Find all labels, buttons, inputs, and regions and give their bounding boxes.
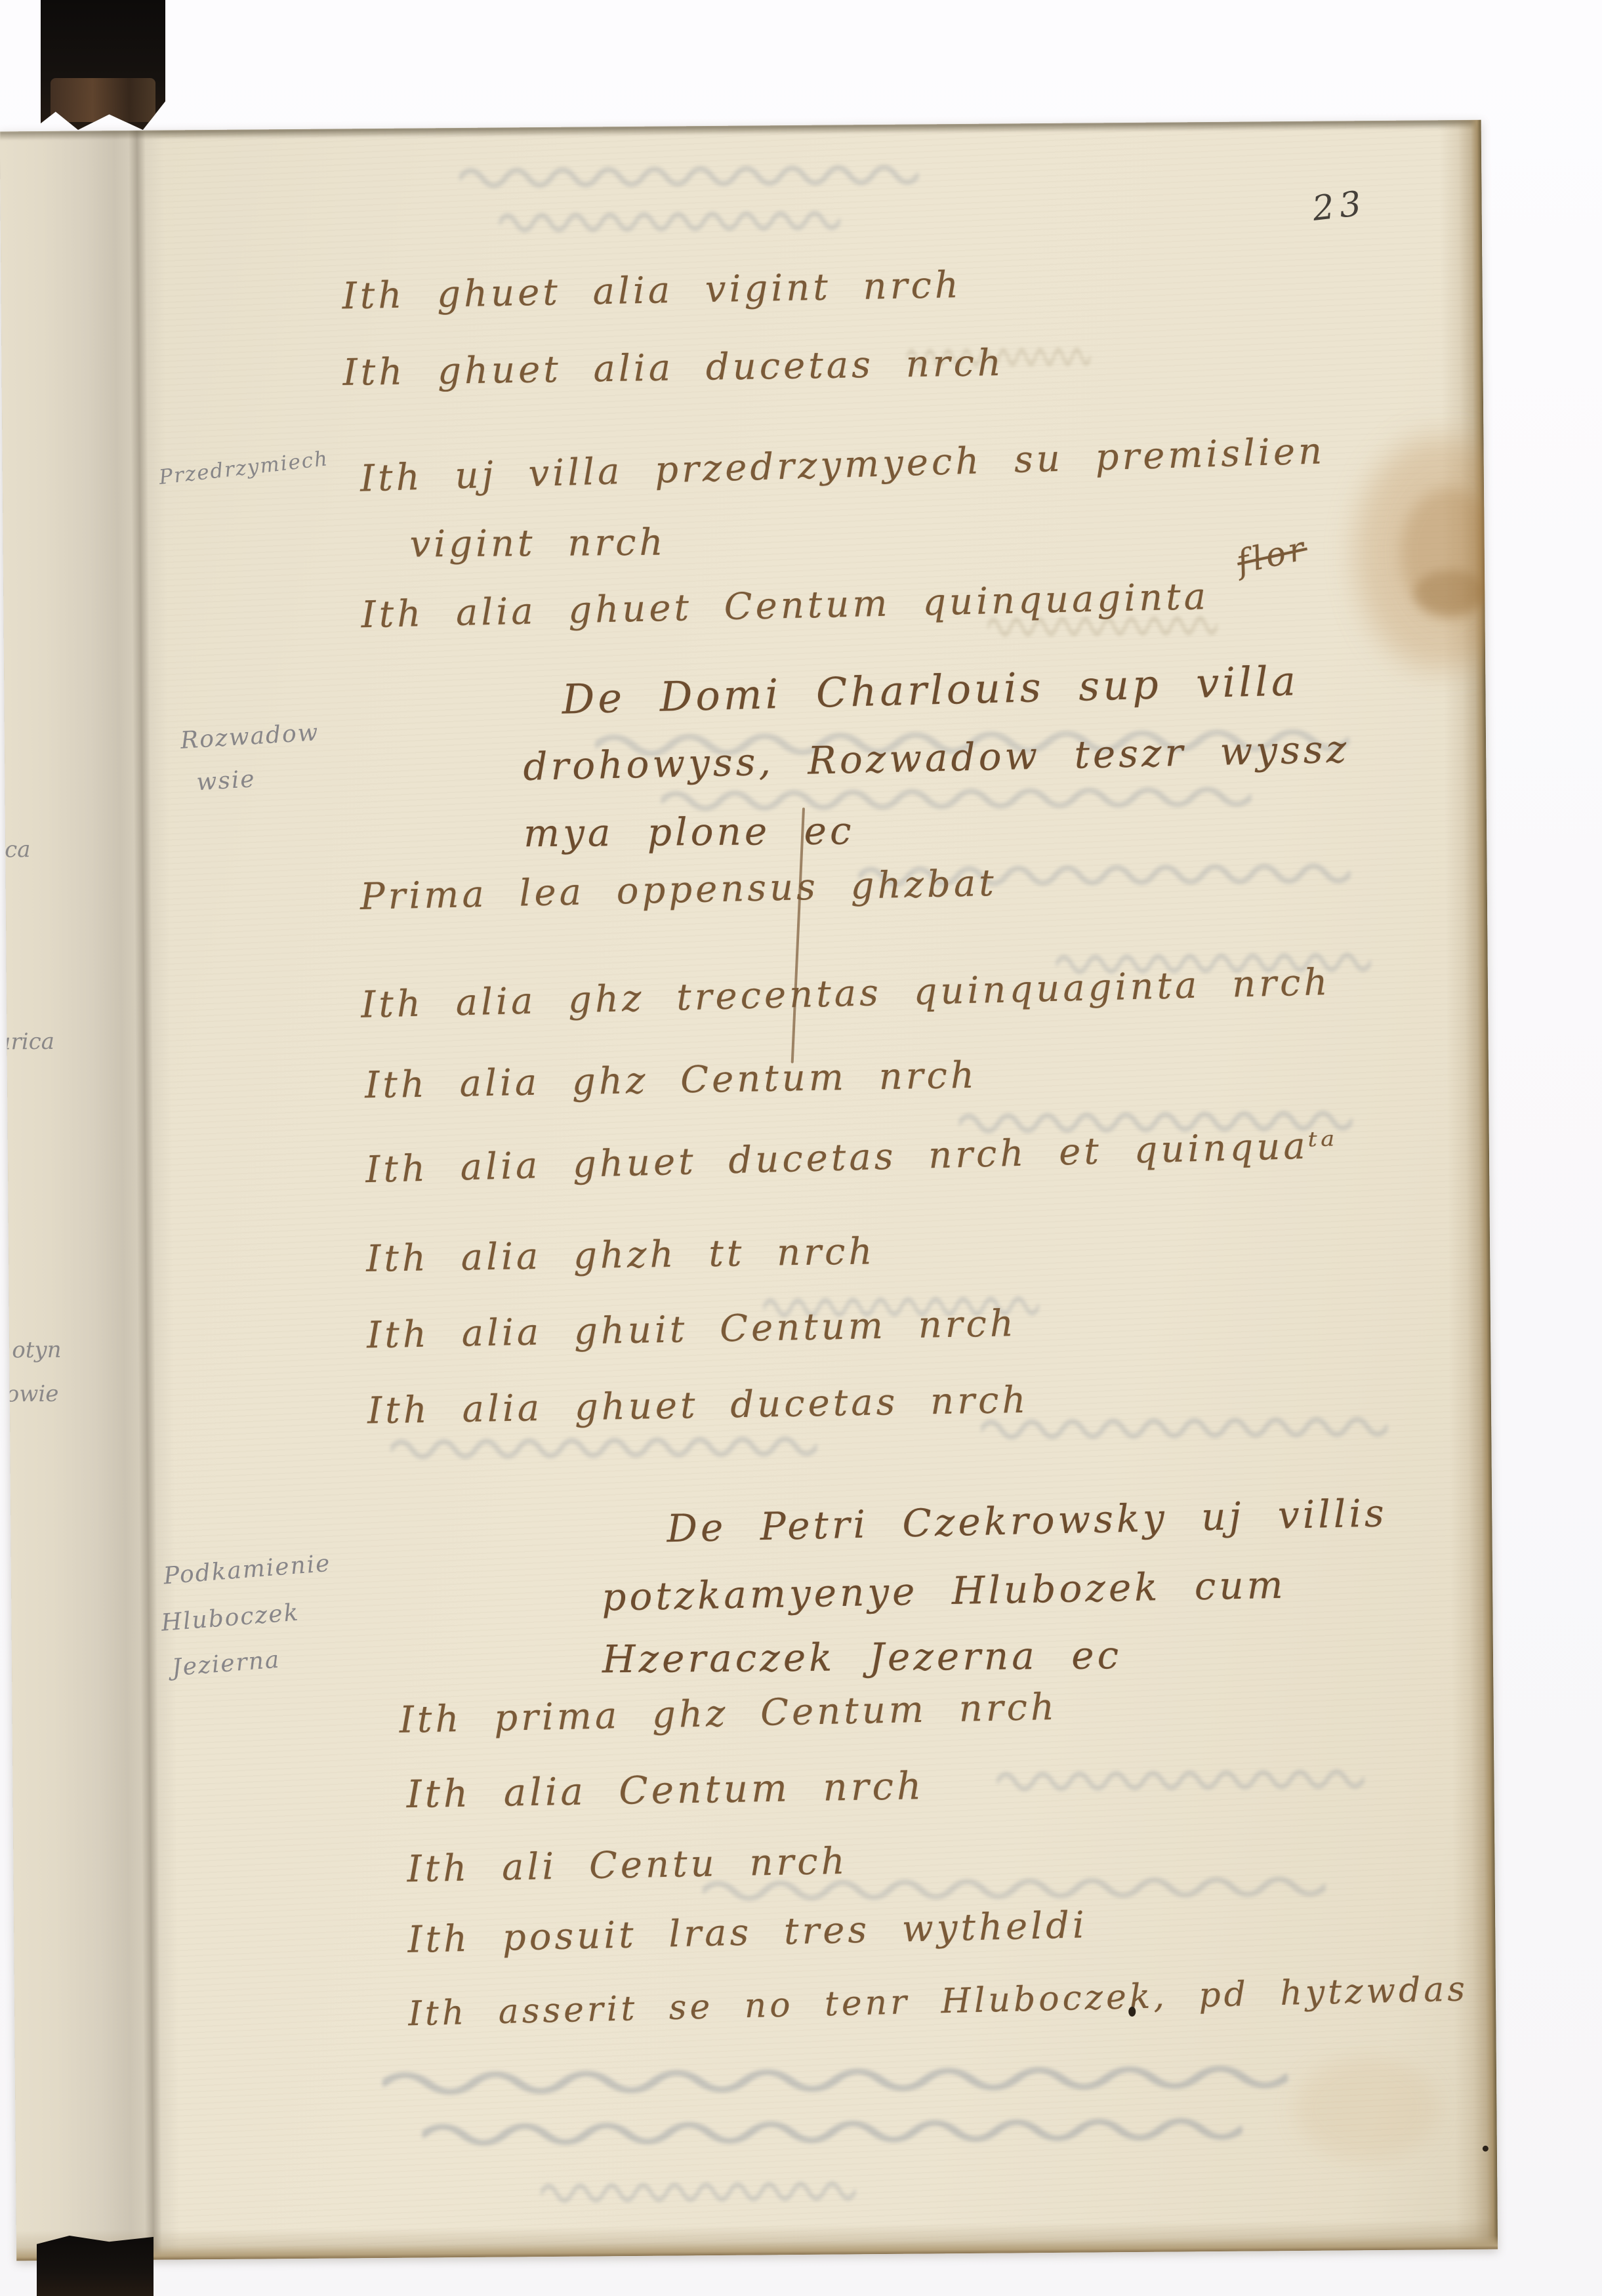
margin-note-wsie: wsie <box>195 766 256 796</box>
binding-strap-bottom <box>37 2236 154 2296</box>
prev-page-fragment: ica <box>0 836 31 863</box>
prev-page-fragment: otyn <box>12 1337 62 1364</box>
showthrough-ghost-text <box>382 2055 1288 2097</box>
manuscript-line: vigint nrch <box>409 522 666 566</box>
prev-page-fragment: owie <box>6 1381 59 1408</box>
showthrough-ghost-text <box>981 1408 1387 1441</box>
manuscript-line: Ith ali Centu nrch <box>407 1840 848 1891</box>
prev-page-fragment: urica <box>0 1029 54 1056</box>
ink-dot <box>1128 2007 1136 2017</box>
showthrough-ghost-text <box>422 2108 1242 2148</box>
scan-background: 23 Przedrzymiech Rozwadow wsie Podkamien… <box>0 0 1602 2296</box>
showthrough-ghost-text <box>996 1761 1364 1792</box>
ink-dot <box>1483 2146 1489 2152</box>
leather-binding-detail <box>51 78 155 122</box>
section-heading-line: mya plone ec <box>524 808 855 855</box>
showthrough-ghost-text <box>499 202 840 234</box>
manuscript-page: 23 Przedrzymiech Rozwadow wsie Podkamien… <box>0 120 1498 2261</box>
section-heading-line: Hzeraczek Jezerna ec <box>602 1633 1122 1681</box>
showthrough-ghost-text <box>390 1427 817 1461</box>
showthrough-ghost-text <box>459 155 918 189</box>
showthrough-ghost-text <box>541 2173 855 2204</box>
binding-strap-top <box>41 0 165 130</box>
manuscript-line: Ith alia ghzh tt nrch <box>366 1230 876 1281</box>
manuscript-line: Ith alia Centum nrch <box>406 1763 925 1816</box>
folio-number: 23 <box>1311 184 1368 229</box>
